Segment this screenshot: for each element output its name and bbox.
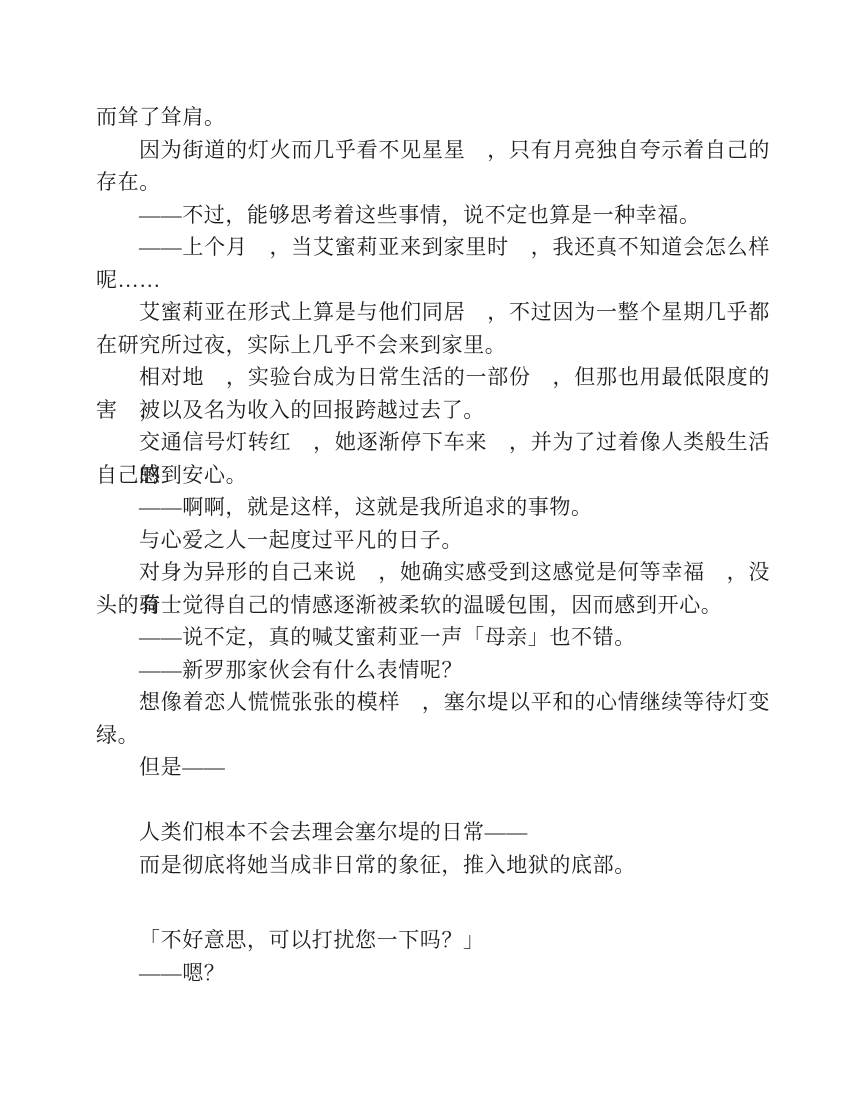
text-line: ——啊啊，就是这样，这就是我所追求的事物。 (96, 491, 770, 524)
blank-line (96, 784, 770, 817)
text-line: ——说不定，真的喊艾蜜莉亚一声「母亲」也不错。 (96, 621, 770, 654)
text-line: 交通信号灯转红 ，她逐渐停下车来 ，并为了过着像人类般生活的 (96, 426, 770, 459)
text-line: 在研究所过夜，实际上几乎不会来到家里。 (96, 329, 770, 362)
text-line: ——不过，能够思考着这些事情，说不定也算是一种幸福。 (96, 199, 770, 232)
text-line: 与心爱之人一起度过平凡的日子。 (96, 524, 770, 557)
text-line: 而耸了耸肩。 (96, 101, 770, 134)
text-line: 「不好意思，可以打扰您一下吗？」 (96, 924, 770, 957)
text-line: 艾蜜莉亚在形式上算是与他们同居 ，不过因为一整个星期几乎都 (96, 296, 770, 329)
text-line: 呢…… (96, 264, 770, 297)
text-line: ——新罗那家伙会有什么表情呢？ (96, 654, 770, 687)
blank-line (96, 881, 770, 924)
text-line: 而是彻底将她当成非日常的象征，推入地狱的底部。 (96, 849, 770, 882)
text-line: 相对地 ，实验台成为日常生活的一部份 ，但那也用最低限度的被 (96, 361, 770, 394)
document-page: 而耸了耸肩。因为街道的灯火而几乎看不见星星 ，只有月亮独自夸示着自己的存在。——… (0, 0, 850, 1100)
text-line: 头的骑士觉得自己的情感逐渐被柔软的温暖包围，因而感到开心。 (96, 589, 770, 622)
text-line: 害 ，以及名为收入的回报跨越过去了。 (96, 394, 770, 427)
text-line: 但是—— (96, 751, 770, 784)
text-line: 想像着恋人慌慌张张的模样 ，塞尔堤以平和的心情继续等待灯变 (96, 686, 770, 719)
text-line: ——上个月 ，当艾蜜莉亚来到家里时 ，我还真不知道会怎么样 (96, 231, 770, 264)
text-line: 人类们根本不会去理会塞尔堤的日常—— (96, 816, 770, 849)
text-column: 而耸了耸肩。因为街道的灯火而几乎看不见星星 ，只有月亮独自夸示着自己的存在。——… (96, 101, 770, 989)
text-line: 存在。 (96, 166, 770, 199)
text-line: 因为街道的灯火而几乎看不见星星 ，只有月亮独自夸示着自己的 (96, 134, 770, 167)
text-line: ——嗯？ (96, 957, 770, 990)
text-line: 对身为异形的自己来说 ，她确实感受到这感觉是何等幸福 ，没有 (96, 556, 770, 589)
text-line: 自己感到安心。 (96, 459, 770, 492)
text-line: 绿。 (96, 719, 770, 752)
